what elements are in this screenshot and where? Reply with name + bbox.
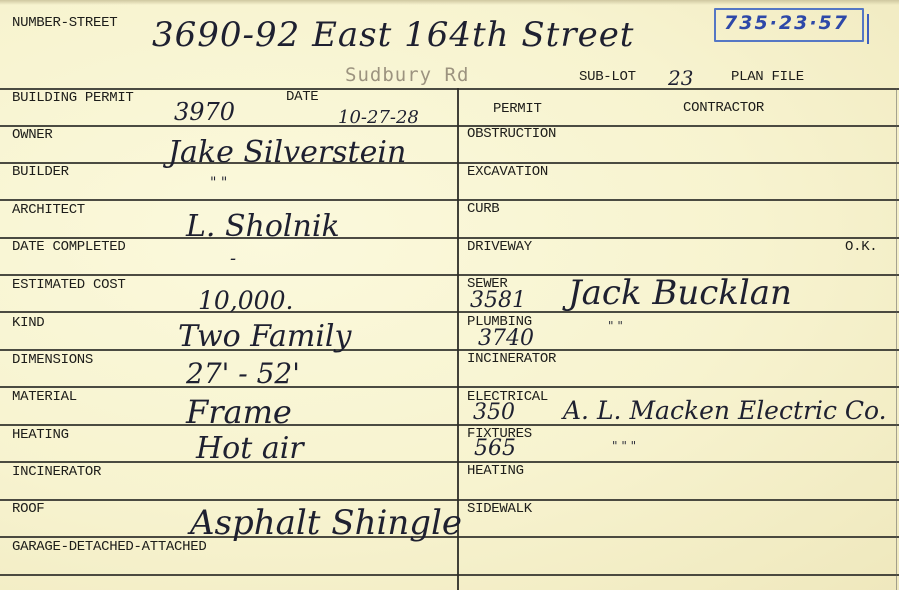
label-date: DATE (286, 90, 318, 104)
value-date: 10-27-28 (338, 109, 419, 127)
label-estimated-cost: ESTIMATED COST (12, 278, 125, 292)
label-architect: ARCHITECT (12, 203, 85, 217)
label-garage: GARAGE-DETACHED-ATTACHED (12, 540, 206, 554)
label-kind: KIND (12, 316, 44, 330)
electrical-contractor: A. L. Macken Electric Co. (563, 398, 887, 423)
value-material: Frame (186, 396, 292, 428)
label-builder: BUILDER (12, 165, 69, 179)
rule (0, 162, 899, 164)
plumbing-contractor: " " (608, 320, 623, 332)
electrical-permit: 350 (473, 402, 515, 424)
value-builder: " " (210, 176, 227, 190)
value-architect: L. Sholnik (186, 212, 340, 242)
rule (0, 386, 899, 388)
header-permit: PERMIT (493, 102, 542, 116)
label-dimensions: DIMENSIONS (12, 353, 93, 367)
label-obstruction: OBSTRUCTION (467, 127, 556, 141)
rule (0, 574, 899, 576)
label-driveway: DRIVEWAY (467, 240, 532, 254)
value-kind: Two Family (178, 322, 351, 352)
rule (0, 88, 899, 90)
sewer-contractor: Jack Bucklan (568, 276, 792, 310)
card-edge (896, 88, 897, 590)
label-heating-right: HEATING (467, 464, 524, 478)
value-roof: Asphalt Shingle (190, 506, 462, 540)
value-estimated-cost: 10,000. (198, 288, 293, 313)
number-street-value: 3690-92 East 164th Street (152, 18, 634, 52)
plumbing-permit: 3740 (478, 328, 534, 350)
value-dimensions: 27' - 52' (186, 360, 300, 388)
rule (0, 199, 899, 201)
building-permit-card: NUMBER-STREET 3690-92 East 164th Street … (0, 0, 899, 590)
file-number: 735·23·57 (724, 14, 849, 33)
rule (0, 461, 899, 463)
label-curb: CURB (467, 202, 499, 216)
sewer-permit: 3581 (470, 290, 526, 312)
label-owner: OWNER (12, 128, 53, 142)
label-sidewalk: SIDEWALK (467, 502, 532, 516)
driveway-note: O.K. (845, 240, 877, 254)
label-date-completed: DATE COMPLETED (12, 240, 125, 254)
label-building-permit: BUILDING PERMIT (12, 91, 134, 105)
file-number-tick (867, 14, 869, 44)
value-building-permit: 3970 (174, 100, 235, 124)
value-date-completed: - (230, 250, 236, 268)
label-incinerator: INCINERATOR (12, 465, 101, 479)
label-incinerator-right: INCINERATOR (467, 352, 556, 366)
rule (0, 125, 899, 127)
label-heating: HEATING (12, 428, 69, 442)
plan-file-label: PLAN FILE (731, 70, 804, 84)
rule (0, 237, 899, 239)
fixtures-permit: 565 (474, 438, 516, 460)
stamped-street: Sudbury Rd (345, 66, 469, 85)
fixtures-contractor: " " " (612, 440, 636, 452)
label-excavation: EXCAVATION (467, 165, 548, 179)
value-heating: Hot air (196, 434, 304, 464)
number-street-label: NUMBER-STREET (12, 16, 117, 30)
rule (0, 349, 899, 351)
rule (0, 499, 899, 501)
sub-lot-label: SUB-LOT (579, 70, 636, 84)
header-contractor: CONTRACTOR (683, 101, 764, 115)
sub-lot-value: 23 (668, 68, 693, 88)
value-owner: Jake Silverstein (168, 138, 406, 168)
label-roof: ROOF (12, 502, 44, 516)
label-material: MATERIAL (12, 390, 77, 404)
